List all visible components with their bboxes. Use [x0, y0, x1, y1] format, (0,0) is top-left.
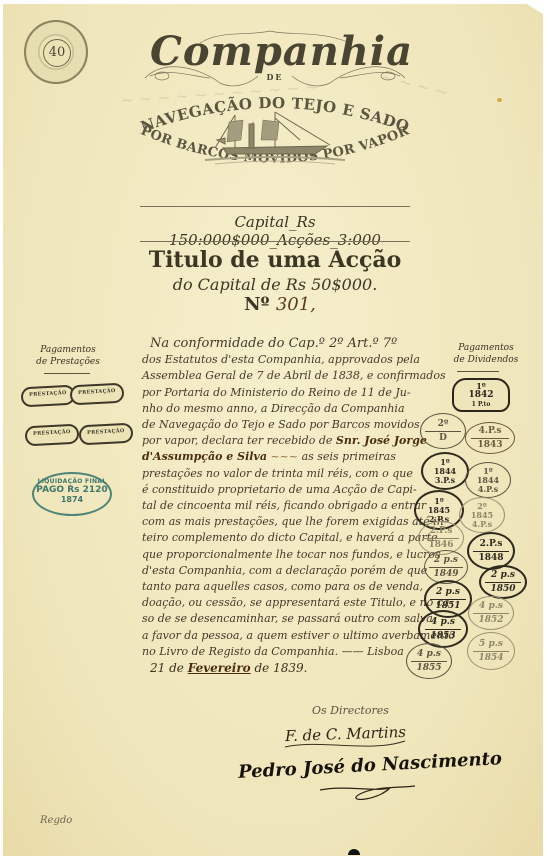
installment-stamp: PRESTAÇÃO — [25, 424, 80, 447]
stamp-line-3: 1874 — [34, 495, 110, 504]
body-line: tanto para aquelles casos, como para os … — [142, 579, 422, 595]
stamp-top: 2 p.s — [436, 587, 460, 598]
stamp-top: 2 p.s — [491, 570, 515, 581]
dividend-stamp: 1º18443.P.s — [421, 452, 469, 490]
stamp-line-1: LIQUIDAÇÃO FINAL — [34, 478, 110, 485]
body-line: so de se desencaminhar, se passará outro… — [142, 611, 422, 627]
share-capital: do Capital de Rs 50$000. — [130, 275, 420, 294]
stamp-top: 4.P.s — [479, 426, 502, 437]
dividend-stamp: 4 p.s1852 — [468, 596, 514, 630]
heading-line-1: Pagamentos — [446, 342, 526, 354]
body-line: a favor da pessoa, a quem estiver o ulti… — [142, 628, 422, 644]
heading-line-2: de Prestações — [28, 356, 108, 368]
stamp-top: 5 p.s — [479, 639, 503, 650]
dividend-stamp: 5 p.s1854 — [467, 632, 515, 670]
cartouche-year: 1842 — [454, 391, 508, 400]
stamp-bottom: 1854 — [478, 653, 503, 664]
certificate-title: Titulo de uma Acção — [130, 247, 420, 273]
body-line: no Livro de Registo da Companhia. —— Lis… — [142, 644, 422, 660]
body-line: por vapor, declara ter recebido de Snr. … — [142, 433, 422, 449]
body-line: é constituido proprietario de uma Acção … — [142, 482, 422, 498]
number-value: 301, — [276, 294, 316, 315]
company-title: Companhia — [150, 28, 400, 75]
stamp-top: 4 p.s — [417, 649, 441, 660]
heading-line-1: Pagamentos — [28, 344, 108, 356]
divider — [140, 206, 410, 207]
body-line: doação, ou cessão, se appresentará este … — [142, 595, 422, 611]
stamp-bottom: 1843 — [477, 440, 502, 451]
dividend-stamp: 2ºD — [420, 413, 466, 449]
stamp-top: 4 p.s — [431, 617, 455, 628]
stamp-bottom: 1849 — [433, 569, 458, 580]
steamship-icon — [205, 110, 345, 170]
final-settlement-stamp: LIQUIDAÇÃO FINAL PAGO Rs 2120 1874 — [32, 472, 112, 516]
body-line: por Portaria do Ministerio do Reino de 1… — [142, 385, 422, 401]
number-label: Nº — [244, 294, 269, 315]
body-line: d'esta Companhia, com a declaração porém… — [142, 563, 422, 579]
stamp-bottom: 1853 — [430, 631, 455, 642]
stamp-bottom: 1846 — [428, 540, 453, 551]
holder-name: Snr. José Jorge — [336, 434, 427, 447]
dividend-cartouche-stamp: 1º 1842 1 P.to — [452, 378, 510, 412]
dividend-stamp: 2 p.s1850 — [479, 565, 527, 599]
body-line: prestações no valor de trinta mil réis, … — [142, 466, 422, 482]
stamp-top: 4 p.s — [479, 601, 503, 612]
dividends-heading: Pagamentos de Dividendos — [446, 342, 526, 366]
installment-stamp: PRESTAÇÃO — [70, 383, 125, 406]
signature-flourish — [280, 735, 410, 753]
registered-mark: Regdo — [40, 815, 72, 826]
divider — [44, 373, 90, 374]
divider — [140, 241, 410, 242]
body-line: dos Estatutos d'esta Companhia, approvad… — [142, 352, 422, 368]
holder-name-continued: d'Assumpção e Silva — [142, 450, 267, 463]
installment-stamp: PRESTAÇÃO — [21, 385, 76, 408]
body-line: com as mais prestações, que lhe forem ex… — [142, 514, 422, 530]
stamp-bottom: 3.P.s — [435, 476, 455, 485]
stamp-top: 2º — [438, 419, 449, 430]
stamp-bottom: 1855 — [416, 663, 441, 674]
body-text-fragment: por vapor, declara ter recebido de — [142, 434, 332, 447]
date-month: Fevereiro — [188, 661, 251, 675]
stamp-bottom: 4.P.s — [472, 520, 492, 529]
installments-heading: Pagamentos de Prestações — [28, 344, 108, 368]
signature-flourish — [315, 780, 425, 810]
stamp-top: 2.P.s — [480, 539, 503, 550]
dividend-stamp: 1º18444.P.s — [465, 462, 511, 498]
stamp-bottom: D — [439, 433, 447, 444]
date-year: de 1839. — [254, 661, 307, 675]
cartouche-bottom: 1 P.to — [454, 400, 508, 409]
body-line: teiro complemento do dicto Capital, e ha… — [142, 530, 422, 546]
body-line: que proporcionalmente lhe tocar nos fund… — [142, 547, 422, 563]
dividend-stamp: 2 p.s1849 — [424, 550, 468, 584]
embossed-seal: 40 — [24, 20, 88, 84]
stamp-top: 2.P.s — [430, 526, 453, 537]
dividend-stamp: 4 p.s1855 — [406, 643, 452, 679]
stamp-bottom: 1852 — [478, 615, 503, 626]
body-line: nho do mesmo anno, a Direcção da Companh… — [142, 401, 422, 417]
stamp-bottom: 1850 — [490, 584, 515, 595]
certificate-number: Nº 301, — [230, 294, 330, 315]
dividend-stamp: 2º18454.P.s — [459, 497, 505, 533]
dividend-stamp: 2.P.s1848 — [467, 532, 515, 570]
stamp-top: 2 p.s — [434, 555, 458, 566]
date-day: 21 de — [150, 661, 184, 675]
directors-label: Os Directores — [312, 704, 389, 717]
stain — [497, 98, 502, 102]
stamp-line-2: PAGO Rs 2120 — [34, 485, 110, 495]
stamp-bottom: 4.P.s — [478, 485, 498, 494]
seal-value: 40 — [43, 39, 71, 67]
body-line: de Navegação do Tejo e Sado por Barcos m… — [142, 417, 422, 433]
certificate-body: Na conformidade do Cap.º 2º Art.º 7º dos… — [142, 336, 422, 660]
body-text-fragment: as seis primeiras — [302, 450, 396, 463]
heading-line-2: de Dividendos — [446, 354, 526, 366]
installment-stamp: PRESTAÇÃO — [79, 423, 134, 446]
capital-statement: Capital_Rs 150:000$000_Acções_3:000 — [130, 213, 420, 249]
issue-date: 21 de Fevereiro de 1839. — [150, 661, 307, 675]
stamp-bottom: 1848 — [478, 553, 503, 564]
divider — [457, 371, 499, 372]
dividend-stamp: 4.P.s1843 — [465, 422, 515, 454]
body-line: Na conformidade do Cap.º 2º Art.º 7º — [142, 336, 422, 352]
body-line: Assemblea Geral de 7 de Abril de 1838, e… — [142, 368, 422, 384]
body-line: tal de cincoenta mil réis, ficando obrig… — [142, 498, 422, 514]
body-line: d'Assumpção e Silva ~~~ as seis primeira… — [142, 449, 422, 465]
